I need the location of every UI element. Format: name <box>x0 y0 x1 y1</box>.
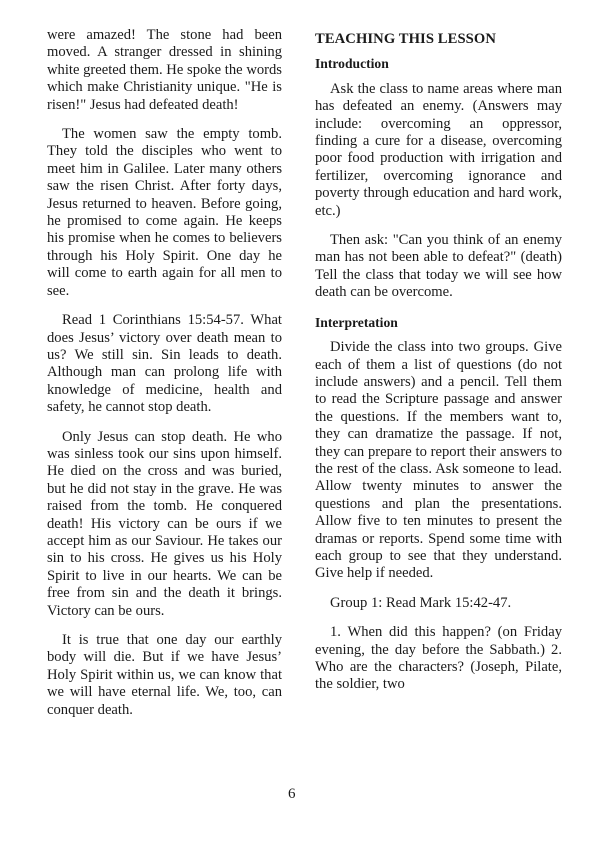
page-number: 6 <box>288 786 296 803</box>
subheading-introduction: Introduction <box>315 55 562 72</box>
paragraph: Read 1 Corinthians 15:54-57. What does J… <box>47 312 282 416</box>
paragraph: were amazed! The stone had been moved. A… <box>47 27 282 114</box>
paragraph: Ask the class to name areas where man ha… <box>315 81 562 220</box>
paragraph: It is true that one day our earthly body… <box>47 632 282 719</box>
paragraph: Divide the class into two groups. Give e… <box>315 339 562 583</box>
section-heading-teaching: TEACHING THIS LESSON <box>315 31 562 48</box>
subheading-interpretation: Interpretation <box>315 314 562 331</box>
left-column: were amazed! The stone had been moved. A… <box>47 27 282 719</box>
right-column: TEACHING THIS LESSON Introduction Ask th… <box>315 31 562 694</box>
paragraph: Group 1: Read Mark 15:42-47. <box>315 595 562 612</box>
paragraph: Then ask: "Can you think of an enemy man… <box>315 232 562 302</box>
paragraph: The women saw the empty tomb. They told … <box>47 126 282 300</box>
paragraph: Only Jesus can stop death. He who was si… <box>47 429 282 620</box>
paragraph: 1. When did this happen? (on Friday even… <box>315 624 562 694</box>
